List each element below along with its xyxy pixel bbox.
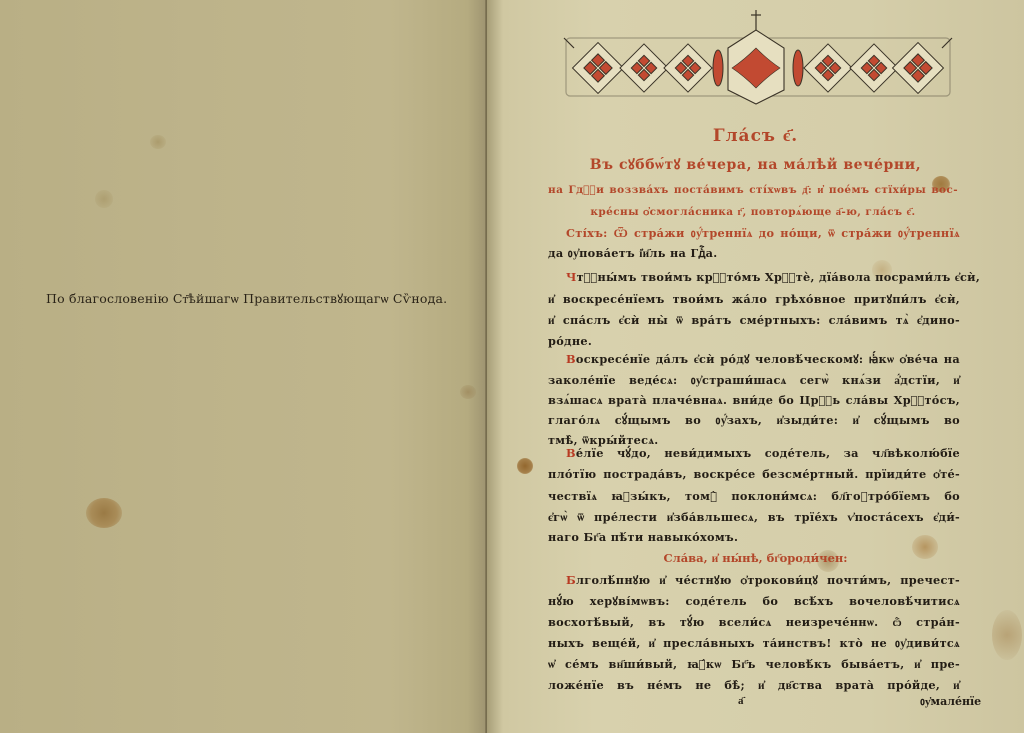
hymn-line: пло́тїю пострада́въ, воскре́се безсме́рт… bbox=[548, 467, 960, 481]
left-page: По благословенію Ст҃ѣйшагѡ Правительствꙋ… bbox=[0, 0, 487, 733]
hymn-line: чествїѧ ꙗ҆зы́къ, томꙋ̀ поклони́мсѧ: бл҃г… bbox=[548, 489, 960, 503]
hymn-line: є҆гѡ̀ ѿ пре́лести и҆зба́вльшесѧ, въ трїе… bbox=[548, 510, 960, 524]
theotokion-line: ныхъ веще́й, и҆ пресла́вныхъ та́инствъ! … bbox=[548, 636, 960, 651]
theotokion-line: нꙋ́ю херꙋві́мѡвъ: соде́тель бо всѣ́хъ во… bbox=[548, 594, 960, 609]
hymn-line: взѧ́шасѧ врата̀ плаче́внаѧ. вни́де бо Цр… bbox=[548, 393, 960, 407]
verse-line: Сті́хъ: Ѿ стра́жи ᲂу҆́треннїѧ до но́щи, … bbox=[566, 226, 960, 241]
hymn-line: и҆ воскресе́нїемъ твои́мъ жа́ло грѣхо́вн… bbox=[548, 292, 960, 307]
theotokion-line: восхотѣ́вый, въ тꙋ́ю всели́сѧ неизрече́н… bbox=[548, 615, 960, 630]
red-initial: Ч bbox=[566, 270, 577, 284]
hymn-line: Чтⷭ҇ны́мъ твои́мъ крⷭ҇то́мъ Хрⷭ҇тѐ, дїа́… bbox=[566, 270, 960, 284]
foxing-stain bbox=[86, 498, 122, 528]
hymn-line: тмѣ̀, ѿкры́йтесѧ. bbox=[548, 433, 960, 447]
foxing-stain bbox=[517, 458, 533, 474]
foxing-stain bbox=[992, 610, 1022, 660]
rubric-line: на Гдⷭ҇и воззва́хъ поста́вимъ сті́хѡвъ д… bbox=[548, 180, 958, 200]
signature-mark: а҃ bbox=[738, 694, 744, 707]
hymn-line: глаго́лѧ сꙋ́щымъ во ᲂу҆́захъ, и҆зыди́те:… bbox=[548, 413, 960, 428]
foxing-stain bbox=[150, 135, 166, 149]
red-initial: В bbox=[566, 352, 576, 366]
hymn-line: заколе́нїе веде́сѧ: ᲂу҆страши́шасѧ сегѡ̀… bbox=[548, 373, 960, 388]
hymn-line: ро́дне. bbox=[548, 334, 960, 348]
red-initial: Б bbox=[566, 573, 576, 587]
rubric-line: кре́сны ѻ҆смогла́сника г҃, повторѧ́юще а… bbox=[548, 202, 958, 222]
foxing-stain bbox=[460, 385, 476, 399]
service-subheading: Въ сꙋббѡ́тꙋ ве́чера, на ма́лѣй вече́рни, bbox=[487, 155, 1024, 174]
theotokion-line: ложе́нїе въ не́мъ не бѣ̀; и҆ дв҃ства вра… bbox=[548, 678, 960, 692]
hymn-line: наго Бг҃а пѣ́ти навыко́хомъ. bbox=[548, 530, 960, 544]
hymn-line: Воскресе́нїе да́лъ є҆сѝ ро́дꙋ человѣ́чес… bbox=[566, 352, 960, 367]
catchword: ᲂу҆мале́нїе bbox=[920, 694, 981, 709]
theotokion-line: Блголѣ́пнꙋю и҆ че́стнꙋю ѻ҆трокови́цꙋ поч… bbox=[566, 573, 960, 588]
hymn-line: и҆ спа́слъ є҆сѝ ны̀ ѿ вра́тъ сме́ртныхъ:… bbox=[548, 313, 960, 327]
interlace-headpiece-icon bbox=[556, 8, 960, 108]
foxing-stain bbox=[95, 190, 113, 208]
hymn-line: Ве́лїе чꙋ́до, неви́димыхъ соде́тель, за … bbox=[566, 446, 960, 461]
tone-heading: Гла́съ є҃. bbox=[487, 126, 1024, 146]
theotokion-line: ѡ҆ се́мъ вн҃ши́вый, ꙗ҆́кѡ Бг҃ъ человѣ́къ… bbox=[548, 657, 960, 671]
imprint-blessing: По благословенію Ст҃ѣйшагѡ Правительствꙋ… bbox=[46, 290, 446, 307]
verse-line: да ᲂу҆пова́етъ і҆и҃ль на Гдⷭ҇а. bbox=[548, 246, 960, 261]
glory-rubric: Сла́ва, и҆ ны́нѣ, бг҃ороди́чен: bbox=[487, 551, 1024, 565]
red-initial: В bbox=[566, 446, 576, 460]
